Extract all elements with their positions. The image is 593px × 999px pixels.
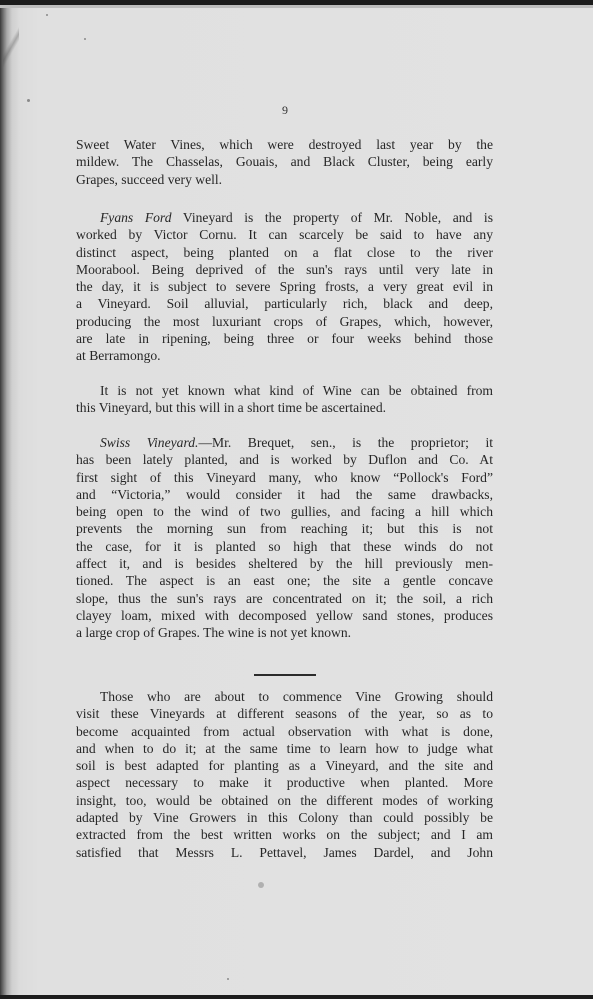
gutter-shadow xyxy=(3,25,19,70)
text-line: worked by Victor Cornu. It can scarcely … xyxy=(76,226,493,243)
text-line: a large crop of Grapes. The wine is not … xyxy=(76,624,493,641)
text-line: aspect necessary to make it productive w… xyxy=(76,774,493,791)
scan-speck xyxy=(227,978,229,980)
text-line: mildew. The Chasselas, Gouais, and Black… xyxy=(76,153,493,170)
text-line: soil is best adapted for planting as a V… xyxy=(76,757,493,774)
scan-speck xyxy=(46,14,48,16)
scan-speck xyxy=(84,38,86,40)
text-line: affect it, and is besides sheltered by t… xyxy=(76,555,493,572)
paragraph-swiss-vineyard: Swiss Vineyard.—Mr. Brequet, sen., is th… xyxy=(76,434,493,642)
text-line: a Vineyard. Soil alluvial, particularly … xyxy=(76,295,493,312)
vineyard-name-italic: Fyans Ford xyxy=(100,210,172,225)
scanned-page-frame: 9 Sweet Water Vines, which were destroye… xyxy=(0,0,593,999)
text-fragment: —Mr. Brequet, sen., is the proprietor; i… xyxy=(198,435,493,450)
text-line: adapted by Vine Growers in this Colony t… xyxy=(76,809,493,826)
text-line: are late in ripening, being three or fou… xyxy=(76,330,493,347)
page-number: 9 xyxy=(278,103,292,118)
text-line: and when to do it; at the same time to l… xyxy=(76,740,493,757)
scan-speck xyxy=(258,882,264,888)
text-line: become acquainted from actual observatio… xyxy=(76,723,493,740)
text-line: Moorabool. Being deprived of the sun's r… xyxy=(76,261,493,278)
text-line: this Vineyard, but this will in a short … xyxy=(76,399,493,416)
text-line: and “Victoria,” would consider it had th… xyxy=(76,486,493,503)
text-line: Those who are about to commence Vine Gro… xyxy=(76,688,493,705)
text-line: tioned. The aspect is an east one; the s… xyxy=(76,572,493,589)
text-line: visit these Vineyards at different seaso… xyxy=(76,705,493,722)
text-fragment: Vineyard is the property of Mr. Noble, a… xyxy=(172,210,494,225)
text-line: Sweet Water Vines, which were destroyed … xyxy=(76,136,493,153)
paragraph-fyans-ford: Fyans Ford Vineyard is the property of M… xyxy=(76,209,493,365)
scan-speck xyxy=(27,99,30,102)
text-line: has been lately planted, and is worked b… xyxy=(76,451,493,468)
text-line: extracted from the best written works on… xyxy=(76,826,493,843)
section-divider xyxy=(254,674,316,676)
text-line: insight, too, would be obtained on the d… xyxy=(76,792,493,809)
text-line: Grapes, succeed very well. xyxy=(76,171,493,188)
text-line: distinct aspect, being planted on a flat… xyxy=(76,244,493,261)
text-line: producing the most luxuriant crops of Gr… xyxy=(76,313,493,330)
paragraph-3: It is not yet known what kind of Wine ca… xyxy=(76,382,493,417)
text-line: the day, it is subject to severe Spring … xyxy=(76,278,493,295)
text-line: prevents the morning sun from reaching i… xyxy=(76,520,493,537)
vineyard-name-italic: Swiss Vineyard. xyxy=(100,435,198,450)
text-line: the case, for it is planted so high that… xyxy=(76,538,493,555)
text-line: at Berramongo. xyxy=(76,347,493,364)
text-line: It is not yet known what kind of Wine ca… xyxy=(76,382,493,399)
text-line: being open to the wind of two gullies, a… xyxy=(76,503,493,520)
text-line: Fyans Ford Vineyard is the property of M… xyxy=(76,209,493,226)
text-line: first sight of this Vineyard many, who k… xyxy=(76,469,493,486)
text-line: slope, thus the sun's rays are concentra… xyxy=(76,590,493,607)
text-line: satisfied that Messrs L. Pettavel, James… xyxy=(76,844,493,861)
paragraph-5: Those who are about to commence Vine Gro… xyxy=(76,688,493,861)
text-line: Swiss Vineyard.—Mr. Brequet, sen., is th… xyxy=(76,434,493,451)
text-line: clayey loam, mixed with decomposed yello… xyxy=(76,607,493,624)
paragraph-1: Sweet Water Vines, which were destroyed … xyxy=(76,136,493,188)
